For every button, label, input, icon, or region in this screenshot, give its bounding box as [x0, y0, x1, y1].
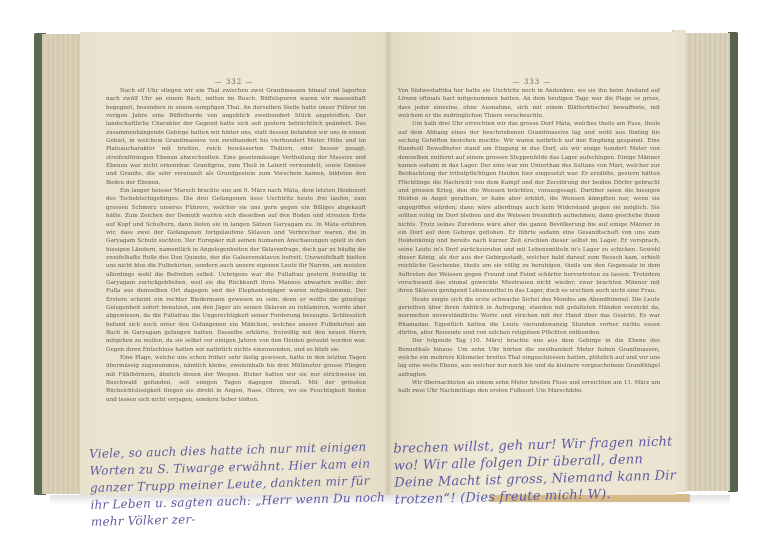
right-page-edges	[684, 33, 730, 491]
left-page-edges	[42, 34, 84, 494]
paragraph: Der folgende Tag (10. März) brachte uns …	[398, 337, 660, 379]
paragraph: Wir übernachteten an einem zehn Meter br…	[398, 379, 660, 396]
right-page-text: Von Südwestafrika her hatte sie Uechtrit…	[398, 87, 660, 396]
handwritten-note-left: Viele, so auch dies hatte ich nur mit ei…	[89, 438, 391, 531]
book-gutter	[384, 32, 392, 495]
paragraph: Ein langer heisser Marsch brachte uns am…	[106, 187, 366, 354]
paragraph: Heute zeigte sich die erste schwache Sic…	[398, 296, 660, 338]
paragraph: Von Südwestafrika her hatte sie Uechtrit…	[398, 87, 660, 120]
handwritten-note-right: brechen willst, geh nur! Wir fragen nich…	[393, 433, 680, 508]
left-page-text: Nach elf Uhr stiegen wir ein Thal zwisch…	[106, 87, 366, 404]
paragraph: Eine Plage, welche uns schon früher sehr…	[106, 354, 366, 404]
left-page: — 332 — Nach elf Uhr stiegen wir ein Tha…	[80, 32, 388, 495]
right-page: — 333 — Von Südwestafrika her hatte sie …	[388, 32, 676, 495]
page-number-left: — 332 —	[80, 78, 388, 86]
page-number-right: — 333 —	[388, 78, 676, 86]
paragraph: Um halb drei Uhr erreichten wir das gros…	[398, 120, 660, 295]
paragraph: Nach elf Uhr stiegen wir ein Thal zwisch…	[106, 87, 366, 187]
open-book: — 332 — Nach elf Uhr stiegen wir ein Tha…	[0, 0, 768, 536]
